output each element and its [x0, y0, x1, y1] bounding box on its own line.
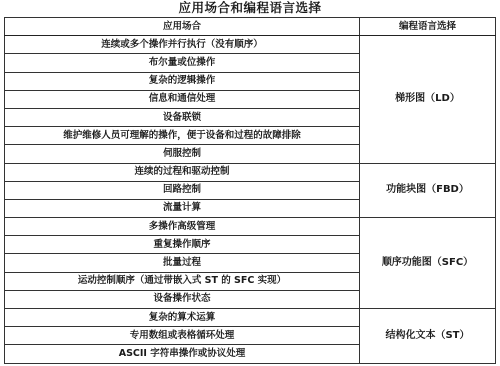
application-cell: 设备联锁: [5, 108, 360, 126]
application-cell: 复杂的逻辑操作: [5, 72, 360, 90]
application-cell: 复杂的算术运算: [5, 309, 360, 327]
application-cell: 连续的过程和驱动控制: [5, 163, 360, 181]
table-row: 复杂的算术运算 结构化文本（ST）: [5, 309, 496, 327]
table-row: 多操作高级管理 顺序功能图（SFC）: [5, 218, 496, 236]
application-cell: 重复操作顺序: [5, 236, 360, 254]
application-cell: 信息和通信处理: [5, 90, 360, 108]
application-cell: ASCII 字符串操作或协议处理: [5, 345, 360, 363]
application-cell: 设备操作状态: [5, 290, 360, 308]
application-cell: 回路控制: [5, 181, 360, 199]
application-cell: 流量计算: [5, 199, 360, 217]
language-cell-sfc: 顺序功能图（SFC）: [360, 218, 496, 309]
table-title: 应用场合和编程语言选择: [0, 0, 500, 17]
application-cell: 批量过程: [5, 254, 360, 272]
language-cell-ld: 梯形图（LD）: [360, 36, 496, 163]
application-cell: 多操作高级管理: [5, 218, 360, 236]
language-selection-table: 应用场合 编程语言选择 连续或多个操作并行执行（没有顺序） 梯形图（LD） 布尔…: [4, 17, 496, 364]
application-cell: 伺服控制: [5, 145, 360, 163]
application-cell: 连续或多个操作并行执行（没有顺序）: [5, 36, 360, 54]
table-row: 连续的过程和驱动控制 功能块图（FBD）: [5, 163, 496, 181]
application-cell: 专用数组或表格循环处理: [5, 327, 360, 345]
table-row: 连续或多个操作并行执行（没有顺序） 梯形图（LD）: [5, 36, 496, 54]
header-language: 编程语言选择: [360, 18, 496, 36]
header-application: 应用场合: [5, 18, 360, 36]
application-cell: 运动控制顺序（通过带嵌入式 ST 的 SFC 实现）: [5, 272, 360, 290]
language-cell-fbd: 功能块图（FBD）: [360, 163, 496, 218]
header-row: 应用场合 编程语言选择: [5, 18, 496, 36]
application-cell: 布尔量或位操作: [5, 54, 360, 72]
application-cell: 维护维修人员可理解的操作，便于设备和过程的故障排除: [5, 127, 360, 145]
language-cell-st: 结构化文本（ST）: [360, 309, 496, 364]
